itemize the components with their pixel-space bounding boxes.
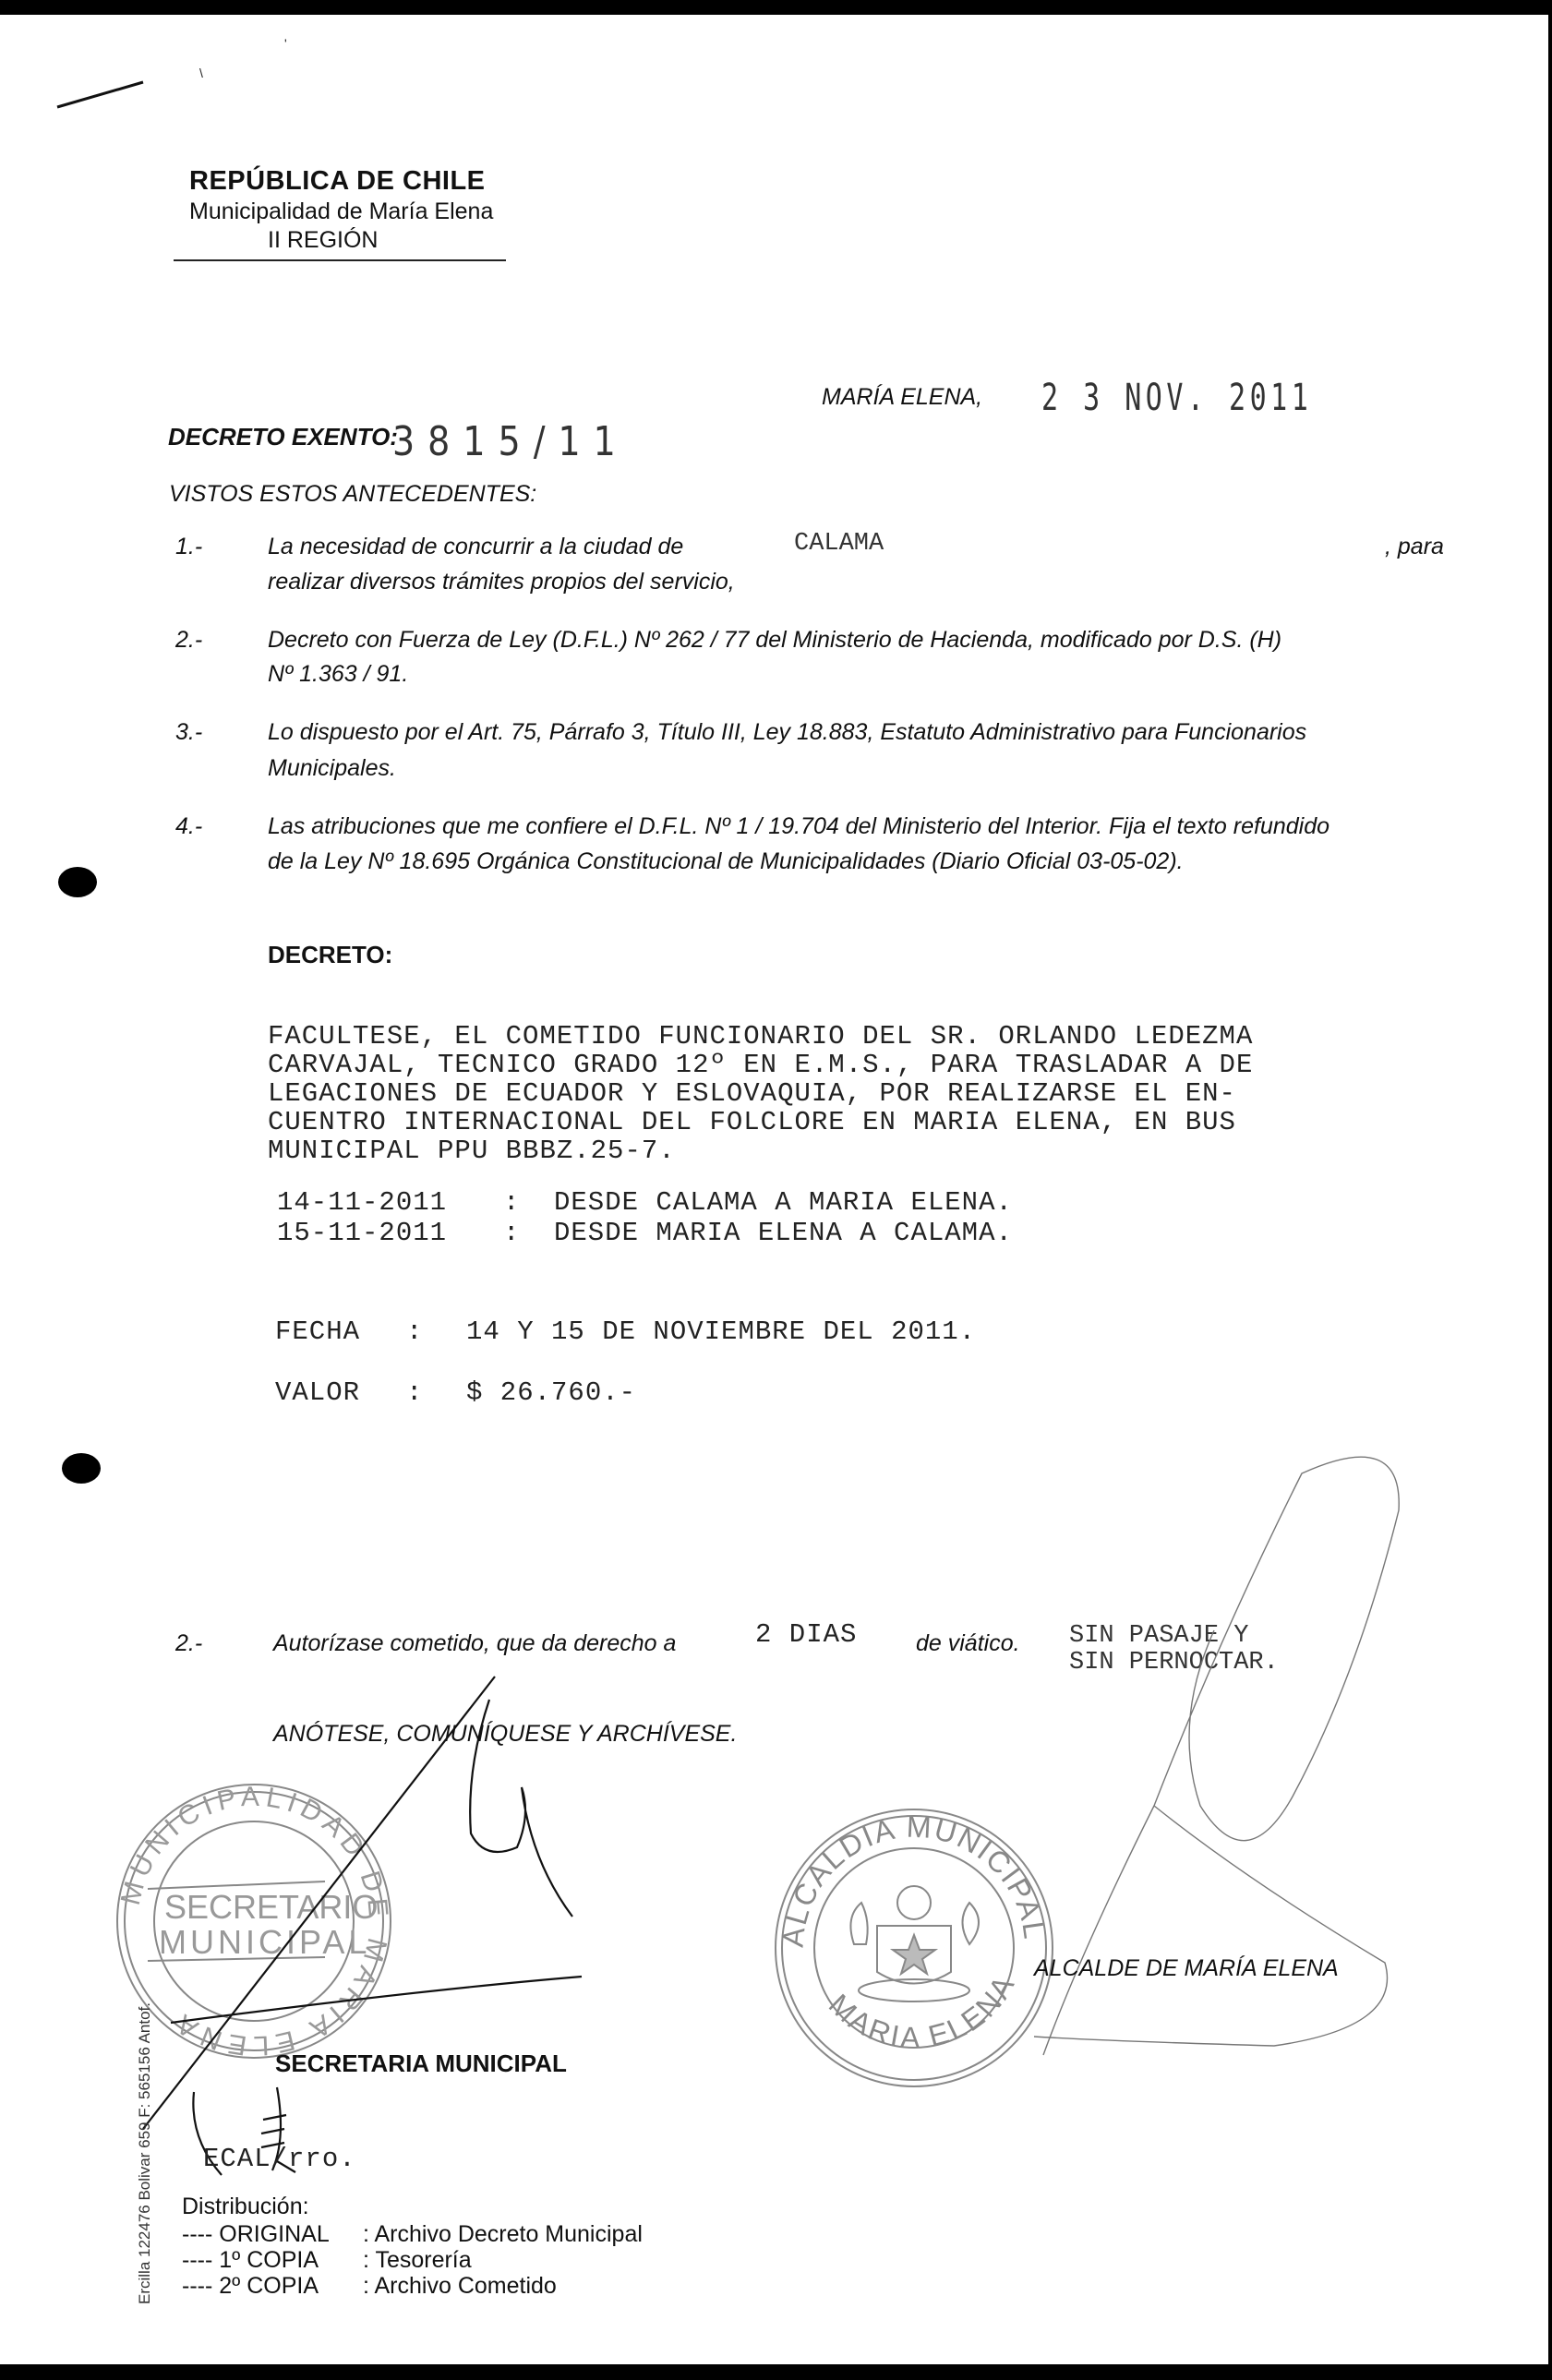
decree-page: \ ' REPÚBLICA DE CHILE Municipalidad de … [0, 15, 1548, 2364]
mayor-title: ALCALDE DE MARÍA ELENA [1034, 1955, 1339, 1982]
distribution-copy-2: ---- 1º COPIA [182, 2247, 319, 2274]
secretary-title: SECRETARIA MUNICIPAL [275, 2049, 567, 2078]
initials: ECAL/rro. [203, 2144, 356, 2174]
printer-note: Ercilla 122476 Bolivar 659 F: 565156 Ant… [136, 2002, 154, 2304]
handwritten-signatures [0, 15, 1548, 2364]
distribution-dest-3: : Archivo Cometido [363, 2273, 557, 2300]
distribution-dest-1: : Archivo Decreto Municipal [363, 2221, 643, 2248]
distribution-copy-1: ---- ORIGINAL [182, 2221, 330, 2248]
distribution-heading: Distribución: [182, 2194, 309, 2220]
distribution-dest-2: : Tesorería [363, 2247, 472, 2274]
distribution-copy-3: ---- 2º COPIA [182, 2273, 319, 2300]
